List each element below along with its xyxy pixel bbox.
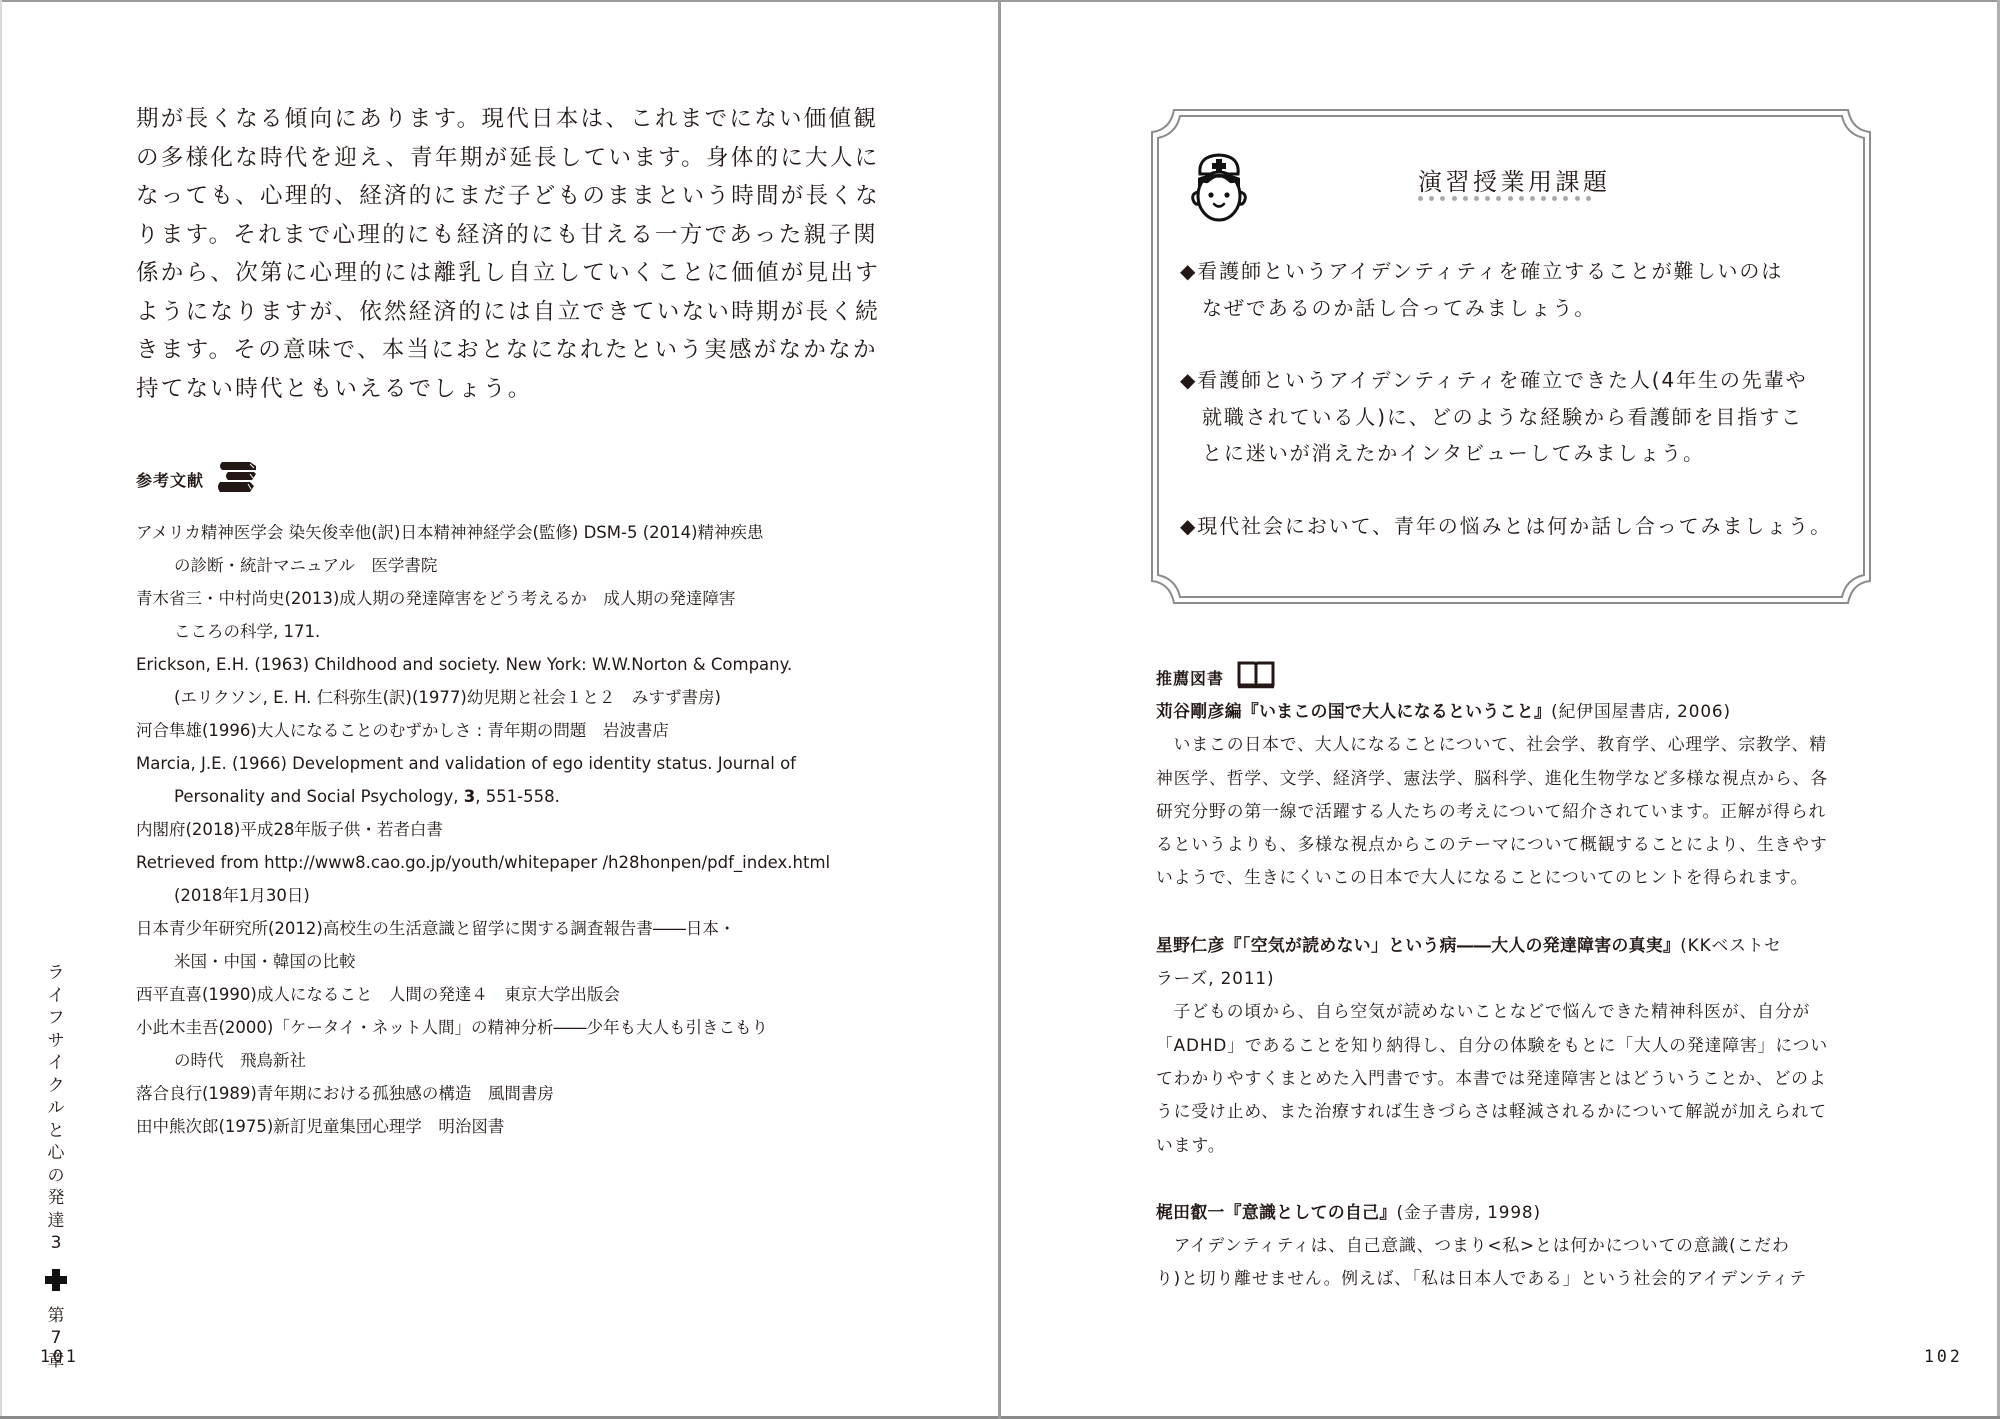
- book-spread: 期が長くなる傾向にあります。現代日本は、これまでにない価値観 の多様化な時代を迎…: [0, 0, 2000, 1419]
- dot: [1452, 196, 1457, 201]
- book-description-line: り)と切り離せません。例えば、「私は日本人である」という社会的アイデンティテ: [1156, 1262, 1866, 1295]
- reference-line: 田中熊次郎(1975)新訂児童集団心理学 明治図書: [136, 1110, 856, 1143]
- book-description-line: 研究分野の第一線で活躍する人たちの考えについて紹介されています。正解が得られ: [1156, 795, 1866, 828]
- running-head-char: 達: [44, 1210, 68, 1233]
- running-head-char: 発: [44, 1187, 68, 1210]
- dot: [1519, 196, 1524, 201]
- dot: [1474, 196, 1479, 201]
- reference-entry: 西平直喜(1990)成人になること 人間の発達４ 東京大学出版会: [136, 978, 856, 1011]
- running-head-char: イ: [44, 985, 68, 1008]
- book-description-line: てわかりやすくまとめた入門書です。本書では発達障害とはどういうことか、どのよ: [1156, 1062, 1866, 1095]
- dotted-underline: [1418, 196, 1591, 201]
- body-line: ようになりますが、依然経済的には自立できていない時期が長く続: [136, 293, 848, 332]
- book-title: 星野仁彦『「空気が読めない」という病――大人の発達障害の真実』: [1156, 935, 1680, 955]
- reference-line: 青木省三・中村尚史(2013)成人期の発達障害をどう考えるか 成人期の発達障害: [136, 582, 856, 615]
- book-description-line: 神医学、哲学、文学、経済学、憲法学、脳科学、進化生物学など多様な視点から、各: [1156, 762, 1866, 795]
- running-head-char: ク: [44, 1075, 68, 1098]
- book-publisher: (KKベストセ: [1680, 935, 1781, 955]
- reference-line: 小此木圭吾(2000)「ケータイ・ネット人間」の精神分析――少年も大人も引きこも…: [136, 1011, 856, 1044]
- reference-line: Marcia, J.E. (1966) Development and vali…: [136, 747, 856, 780]
- body-line: なっても、心理的、経済的にまだ子どものままという時間が長くな: [136, 177, 848, 216]
- book-entry: 星野仁彦『「空気が読めない」という病――大人の発達障害の真実』(KKベストセ ラ…: [1156, 929, 1866, 1162]
- exercise-items: ◆看護師というアイデンティティを確立することが難しいのは なぜであるのか話し合っ…: [1180, 253, 1860, 580]
- book-description-line: います。: [1156, 1129, 1866, 1162]
- references-heading-label: 参考文献: [136, 468, 204, 491]
- running-head-char: フ: [44, 1007, 68, 1030]
- reference-entry: 田中熊次郎(1975)新訂児童集団心理学 明治図書: [136, 1110, 856, 1143]
- book-description-line: 「ADHD」であることを知り納得し、自分の体験をもとに「大人の発達障害」につい: [1156, 1029, 1866, 1062]
- exercise-box: 演習授業用課題 ◆看護師というアイデンティティを確立することが難しいのは なぜで…: [1150, 108, 1872, 605]
- reference-entry: Retrieved from http://www8.cao.go.jp/you…: [136, 846, 856, 912]
- reference-entry: 河合隼雄(1996)大人になることのむずかしさ : 青年期の問題 岩波書店: [136, 714, 856, 747]
- running-head: ライフサイクルと心の発達3 第7章: [44, 962, 68, 1372]
- dot: [1530, 196, 1535, 201]
- exercise-line: なぜであるのか話し合ってみましょう。: [1180, 290, 1860, 327]
- page-number-right: 102: [1924, 1347, 1963, 1366]
- reference-line: こころの科学, 171.: [136, 615, 856, 648]
- journal-name: Personality and Social Psychology,: [174, 787, 464, 806]
- running-head-char: 第: [44, 1305, 68, 1328]
- reference-entry: 青木省三・中村尚史(2013)成人期の発達障害をどう考えるか 成人期の発達障害 …: [136, 582, 856, 648]
- book-title: 苅谷剛彦編『いまこの国で大人になるということ』: [1156, 701, 1551, 721]
- reference-entry: アメリカ精神医学会 染矢俊幸他(訳)日本精神神経学会(監修) DSM-5 (20…: [136, 516, 856, 582]
- dot: [1429, 196, 1434, 201]
- exercise-line: ◆看護師というアイデンティティを確立できた人(4年生の先輩や: [1180, 362, 1860, 399]
- reference-entry: 内閣府(2018)平成28年版子供・若者白書: [136, 813, 856, 846]
- exercise-item: ◆看護師というアイデンティティを確立することが難しいのは なぜであるのか話し合っ…: [1180, 253, 1860, 326]
- reference-line: (エリクソン, E. H. 仁科弥生(訳)(1977)幼児期と社会１と２ みすず…: [136, 681, 856, 714]
- book-description-line: るというよりも、多様な視点からこのテーマについて概観することにより、生きやす: [1156, 828, 1866, 861]
- page-number-left: 101: [40, 1347, 79, 1366]
- running-head-char: ル: [44, 1097, 68, 1120]
- body-line: の多様化な時代を迎え、青年期が延長しています。身体的に大人に: [136, 139, 848, 178]
- dot: [1586, 196, 1591, 201]
- reference-entry: Marcia, J.E. (1966) Development and vali…: [136, 747, 856, 813]
- exercise-line: ◆看護師というアイデンティティを確立することが難しいのは: [1180, 253, 1860, 290]
- running-head-char: サ: [44, 1030, 68, 1053]
- book-title: 梶田叡一『意識としての自己』: [1156, 1202, 1397, 1222]
- running-head-char: と: [44, 1120, 68, 1143]
- book-description-line: アイデンティティは、自己意識、つまり<私>とは何かについての意識(こだわ: [1156, 1229, 1866, 1262]
- reference-line: 西平直喜(1990)成人になること 人間の発達４ 東京大学出版会: [136, 978, 856, 1011]
- book-publisher: (金子書房, 1998): [1397, 1202, 1541, 1222]
- running-head-title: ライフサイクルと心の発達3: [44, 962, 68, 1255]
- reference-entry: 小此木圭吾(2000)「ケータイ・ネット人間」の精神分析――少年も大人も引きこも…: [136, 1011, 856, 1077]
- stacked-books-icon: [216, 460, 258, 498]
- book-description-line: 子どもの頃から、自ら空気が読めないことなどで悩んできた精神科医が、自分が: [1156, 995, 1866, 1028]
- reference-line: 河合隼雄(1996)大人になることのむずかしさ : 青年期の問題 岩波書店: [136, 714, 856, 747]
- book-entry: 苅谷剛彦編『いまこの国で大人になるということ』(紀伊国屋書店, 2006) いま…: [1156, 695, 1866, 895]
- exercise-line: とに迷いが消えたかインタビューしてみましょう。: [1180, 435, 1860, 472]
- reference-line: の診断・統計マニュアル 医学書院: [136, 549, 856, 582]
- reference-line: アメリカ精神医学会 染矢俊幸他(訳)日本精神神経学会(監修) DSM-5 (20…: [136, 516, 856, 549]
- reference-url-line: Retrieved from http://www8.cao.go.jp/you…: [136, 846, 856, 879]
- running-head-char: 3: [44, 1232, 68, 1255]
- dot: [1508, 196, 1513, 201]
- journal-pages: , 551-558.: [475, 787, 560, 806]
- reference-line: 米国・中国・韓国の比較: [136, 945, 856, 978]
- dot: [1463, 196, 1468, 201]
- left-page: 期が長くなる傾向にあります。現代日本は、これまでにない価値観 の多様化な時代を迎…: [0, 0, 998, 1419]
- exercise-item: ◆現代社会において、青年の悩みとは何か話し合ってみましょう。: [1180, 508, 1860, 545]
- reference-line: 日本青少年研究所(2012)高校生の生活意識と留学に関する調査報告書――日本・: [136, 912, 856, 945]
- book-publisher-continued: ラーズ, 2011): [1156, 962, 1866, 995]
- dot: [1541, 196, 1546, 201]
- recommended-books: 苅谷剛彦編『いまこの国で大人になるということ』(紀伊国屋書店, 2006) いま…: [1156, 695, 1866, 1330]
- dot: [1440, 196, 1445, 201]
- body-line: きます。その意味で、本当におとなになれたという実感がなかなか: [136, 331, 848, 370]
- book-publisher: (紀伊国屋書店, 2006): [1551, 701, 1731, 721]
- reference-entry: 日本青少年研究所(2012)高校生の生活意識と留学に関する調査報告書――日本・ …: [136, 912, 856, 978]
- body-line: 期が長くなる傾向にあります。現代日本は、これまでにない価値観: [136, 100, 848, 139]
- dot: [1485, 196, 1490, 201]
- exercise-line: 就職されている人)に、どのような経験から看護師を目指すこ: [1180, 399, 1860, 436]
- cross-icon: [45, 1269, 67, 1291]
- reference-line: 内閣府(2018)平成28年版子供・若者白書: [136, 813, 856, 846]
- exercise-title: 演習授業用課題: [1418, 162, 1611, 197]
- references-heading: 参考文献: [136, 460, 258, 498]
- recommended-heading: 推薦図書: [1156, 660, 1276, 694]
- reference-line: の時代 飛鳥新社: [136, 1044, 856, 1077]
- reference-entry: Erickson, E.H. (1963) Childhood and soci…: [136, 648, 856, 714]
- reference-line: (2018年1月30日): [136, 879, 856, 912]
- dot: [1418, 196, 1423, 201]
- references-list: アメリカ精神医学会 染矢俊幸他(訳)日本精神神経学会(監修) DSM-5 (20…: [136, 516, 856, 1143]
- body-text: 期が長くなる傾向にあります。現代日本は、これまでにない価値観 の多様化な時代を迎…: [136, 100, 848, 408]
- body-line: 持てない時代ともいえるでしょう。: [136, 370, 848, 409]
- book-description-line: うに受け止め、また治療すれば生きづらさは軽減されるかについて解説が加えられて: [1156, 1095, 1866, 1128]
- body-line: 係から、次第に心理的には離乳し自立していくことに価値が見出す: [136, 254, 848, 293]
- journal-volume: 3: [464, 787, 475, 806]
- reference-line: 落合良行(1989)青年期における孤独感の構造 風間書房: [136, 1077, 856, 1110]
- reference-line: Erickson, E.H. (1963) Childhood and soci…: [136, 648, 856, 681]
- running-head-char: イ: [44, 1052, 68, 1075]
- reference-entry: 落合良行(1989)青年期における孤独感の構造 風間書房: [136, 1077, 856, 1110]
- running-head-char: の: [44, 1165, 68, 1188]
- dot: [1552, 196, 1557, 201]
- recommended-heading-label: 推薦図書: [1156, 666, 1224, 689]
- book-entry: 梶田叡一『意識としての自己』(金子書房, 1998) アイデンティティは、自己意…: [1156, 1196, 1866, 1296]
- dot: [1575, 196, 1580, 201]
- exercise-item: ◆看護師というアイデンティティを確立できた人(4年生の先輩や 就職されている人)…: [1180, 362, 1860, 472]
- exercise-line: ◆現代社会において、青年の悩みとは何か話し合ってみましょう。: [1180, 508, 1860, 545]
- body-line: ります。それまで心理的にも経済的にも甘える一方であった親子関: [136, 216, 848, 255]
- open-book-icon: [1236, 660, 1276, 694]
- running-head-char: ラ: [44, 962, 68, 985]
- dot: [1563, 196, 1568, 201]
- running-head-char: 心: [44, 1142, 68, 1165]
- book-description-line: いまこの日本で、大人になることについて、社会学、教育学、心理学、宗教学、精: [1156, 728, 1866, 761]
- dot: [1496, 196, 1501, 201]
- nurse-icon: [1186, 152, 1252, 224]
- book-description-line: いようで、生きにくいこの日本で大人になることについてのヒントを得られます。: [1156, 861, 1866, 894]
- reference-line: Personality and Social Psychology, 3, 55…: [136, 780, 856, 813]
